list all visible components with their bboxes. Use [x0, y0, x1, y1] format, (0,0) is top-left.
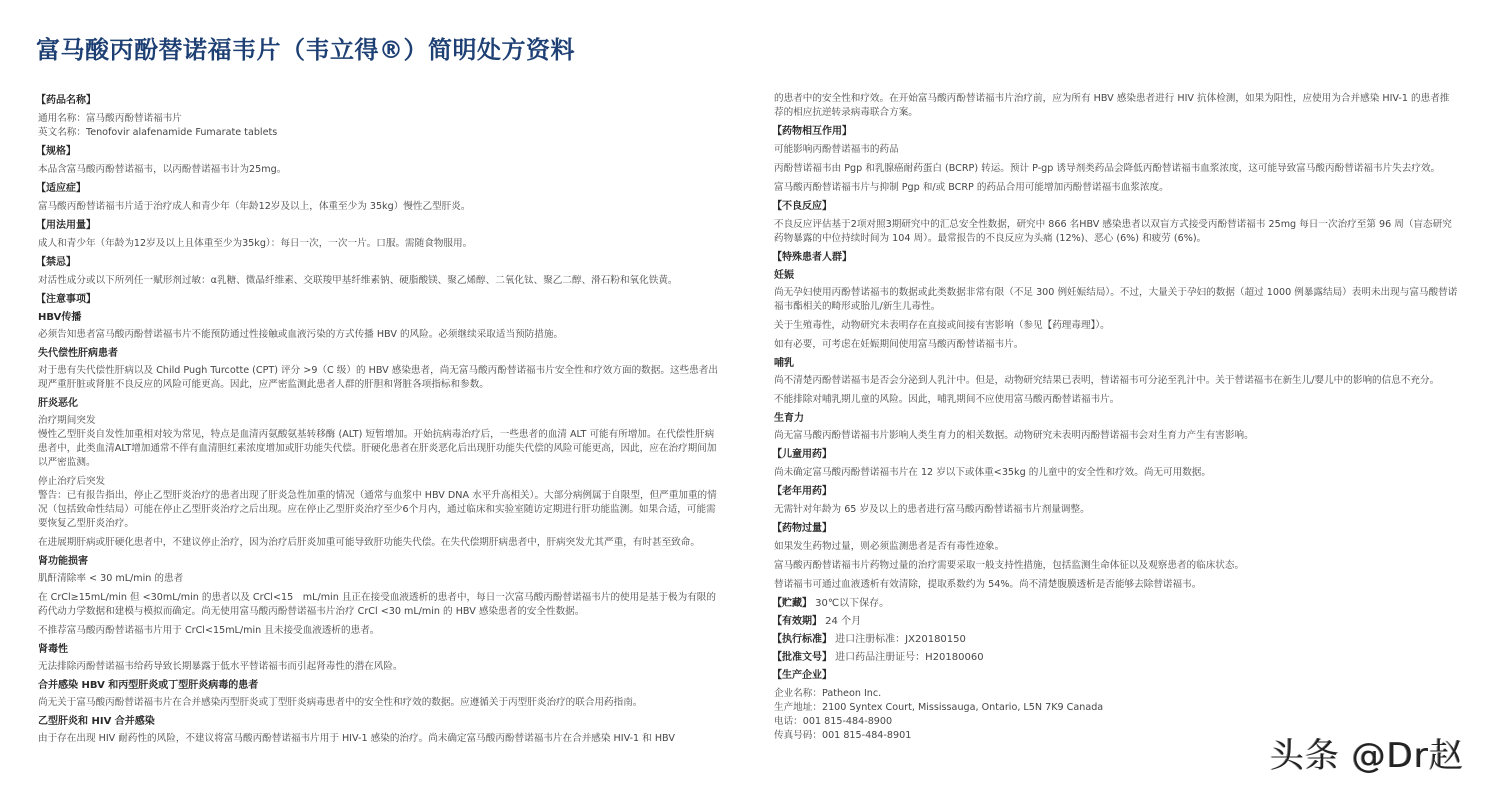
- lactation-text-2: 不能排除对哺乳期儿童的风险。因此，哺乳期间不应使用富马酸丙酚替诺福韦片。: [774, 393, 1458, 407]
- subheading-decompensated: 失代偿性肝病患者: [38, 347, 720, 361]
- subheading-hcv-hdv: 合并感染 HBV 和丙型肝炎或丁型肝炎病毒的患者: [38, 679, 720, 693]
- subheading-lactation: 哺乳: [774, 357, 1458, 371]
- hbv-transmission-text: 必须告知患者富马酸丙酚替诺福韦片不能预防通过性接触或血液污染的方式传播 HBV …: [38, 328, 720, 342]
- renal-sub: 肌酐清除率 < 30 mL/min 的患者: [38, 572, 720, 586]
- section-heading-shelf-life: 【有效期】: [772, 616, 822, 627]
- section-heading-pediatric: 【儿童用药】: [772, 448, 1458, 462]
- flare-during-text: 慢性乙型肝炎自发性加重相对较为常见，特点是血清丙氨酸氨基转移酶 (ALT) 短暂…: [38, 428, 720, 470]
- pregnancy-text-2: 关于生殖毒性，动物研究未表明存在直接或间接有害影响（参见【药理毒理】）。: [774, 319, 1458, 333]
- renal-text-1: 在 CrCl≥15mL/min 但 <30mL/min 的患者以及 CrCl<1…: [38, 591, 720, 619]
- dosage-text: 成人和青少年（年龄为12岁及以上且体重至少为35kg）：每日一次，一次一片。口服…: [38, 237, 720, 251]
- overdose-text-2: 富马酸丙酚替诺福韦片药物过量的治疗需要采取一般支持性措施，包括监测生命体征以及观…: [774, 559, 1458, 573]
- pregnancy-text-1: 尚无孕妇使用丙酚替诺福韦的数据或此类数据非常有限（不足 300 例妊娠结局）。不…: [774, 286, 1458, 314]
- lactation-text-1: 尚不清楚丙酚替诺福韦是否会分泌到人乳汁中。但是，动物研究结果已表明，替诺福韦可分…: [774, 374, 1458, 388]
- flare-during-title: 治疗期间突发: [38, 414, 720, 428]
- shelf-life-row: 【有效期】 24 个月: [772, 615, 1458, 629]
- interactions-text-1: 丙酚替诺福韦由 Pgp 和乳腺癌耐药蛋白 (BCRP) 转运。预计 P-gp 诱…: [774, 162, 1458, 176]
- right-column: 的患者中的安全性和疗效。在开始富马酸丙酚替诺福韦片治疗前，应为所有 HBV 感染…: [772, 92, 1458, 743]
- section-heading-dosage: 【用法用量】: [36, 219, 720, 233]
- interactions-sub: 可能影响丙酚替诺福韦的药品: [774, 143, 1458, 157]
- geriatric-text: 无需针对年龄为 65 岁及以上的患者进行富马酸丙酚替诺福韦片剂量调整。: [774, 503, 1458, 517]
- pregnancy-text-3: 如有必要，可考虑在妊娠期间使用富马酸丙酚替诺福韦片。: [774, 338, 1458, 352]
- section-heading-overdose: 【药物过量】: [772, 522, 1458, 536]
- section-heading-interactions: 【药物相互作用】: [772, 125, 1458, 139]
- flare-after-title: 停止治疗后突发: [38, 475, 720, 489]
- interactions-text-2: 富马酸丙酚替诺福韦片与抑制 Pgp 和/或 BCRP 的药品合用可能增加丙酚替诺…: [774, 181, 1458, 195]
- hcv-hdv-text: 尚无关于富马酸丙酚替诺福韦片在合并感染丙型肝炎或丁型肝炎病毒患者中的安全性和疗效…: [38, 696, 720, 710]
- section-heading-storage: 【贮藏】: [772, 598, 812, 609]
- document-title: 富马酸丙酚替诺福韦片（韦立得®）简明处方资料: [36, 30, 575, 65]
- section-heading-indication: 【适应症】: [36, 182, 720, 196]
- hiv-text: 由于存在出现 HIV 耐药性的风险，不建议将富马酸丙酚替诺福韦片用于 HIV-1…: [38, 732, 720, 746]
- storage-row: 【贮藏】 30℃以下保存。: [772, 597, 1458, 611]
- standard-row: 【执行标准】 进口注册标准：JX20180150: [772, 633, 1458, 647]
- contraindication-text: 对活性成分或以下所列任一赋形剂过敏：α乳糖、微晶纤维素、交联羧甲基纤维素钠、硬脂…: [38, 274, 720, 288]
- pediatric-text: 尚未确定富马酸丙酚替诺福韦片在 12 岁以下或体重<35kg 的儿童中的安全性和…: [774, 466, 1458, 480]
- flare-after-text: 警告：已有报告指出，停止乙型肝炎治疗的患者出现了肝炎急性加重的情况（通常与血浆中…: [38, 489, 720, 531]
- section-heading-contraindication: 【禁忌】: [36, 256, 720, 270]
- renal-text-2: 不推荐富马酸丙酚替诺福韦片用于 CrCl<15mL/min 且未接受血液透析的患…: [38, 624, 720, 638]
- subheading-hiv: 乙型肝炎和 HIV 合并感染: [38, 715, 720, 729]
- left-column: 【药品名称】 通用名称：富马酸丙酚替诺福韦片 英文名称：Tenofovir al…: [36, 90, 720, 751]
- fertility-text: 尚无富马酸丙酚替诺福韦片影响人类生育力的相关数据。动物研究未表明丙酚替诺福韦会对…: [774, 429, 1458, 443]
- section-heading-special: 【特殊患者人群】: [772, 251, 1458, 265]
- section-heading-approval: 【批准文号】: [772, 652, 832, 663]
- manufacturer-address: 生产地址：2100 Syntex Court, Mississauga, Ont…: [774, 701, 1458, 715]
- section-heading-drug-name: 【药品名称】: [36, 94, 720, 108]
- hiv-text-continued: 的患者中的安全性和疗效。在开始富马酸丙酚替诺福韦片治疗前，应为所有 HBV 感染…: [774, 92, 1458, 120]
- flare-advanced-text: 在进展期肝病或肝硬化患者中，不建议停止治疗，因为治疗后肝炎加重可能导致肝功能失代…: [38, 536, 720, 550]
- subheading-hepatitis-flare: 肝炎恶化: [38, 397, 720, 411]
- section-heading-standard: 【执行标准】: [772, 634, 832, 645]
- english-name: 英文名称：Tenofovir alafenamide Fumarate tabl…: [38, 126, 720, 140]
- overdose-text-3: 替诺福韦可通过血液透析有效清除，提取系数约为 54%。尚不清楚腹膜透析是否能够去…: [774, 578, 1458, 592]
- subheading-renal-impairment: 肾功能损害: [38, 555, 720, 569]
- section-heading-manufacturer: 【生产企业】: [772, 669, 1458, 683]
- section-heading-precautions: 【注意事项】: [36, 293, 720, 307]
- adverse-text: 不良反应评估基于2项对照3期研究中的汇总安全性数据，研究中 866 名HBV 感…: [774, 218, 1458, 246]
- watermark: 头条 @Dr赵: [1270, 728, 1464, 777]
- subheading-fertility: 生育力: [774, 412, 1458, 426]
- section-heading-geriatric: 【老年用药】: [772, 485, 1458, 499]
- section-heading-adverse: 【不良反应】: [772, 200, 1458, 214]
- subheading-hbv-transmission: HBV传播: [38, 311, 720, 325]
- storage-value: 30℃以下保存。: [812, 598, 889, 609]
- manufacturer-name: 企业名称：Patheon Inc.: [774, 687, 1458, 701]
- nephrotoxicity-text: 无法排除丙酚替诺福韦给药导致长期暴露于低水平替诺福韦而引起肾毒性的潜在风险。: [38, 660, 720, 674]
- shelf-life-value: 24 个月: [822, 616, 861, 627]
- indication-text: 富马酸丙酚替诺福韦片适于治疗成人和青少年（年龄12岁及以上，体重至少为 35kg…: [38, 200, 720, 214]
- approval-row: 【批准文号】 进口药品注册证号：H20180060: [772, 651, 1458, 665]
- spec-text: 本品含富马酸丙酚替诺福韦，以丙酚替诺福韦计为25mg。: [38, 163, 720, 177]
- overdose-text-1: 如果发生药物过量，则必须监测患者是否有毒性迹象。: [774, 540, 1458, 554]
- generic-name: 通用名称：富马酸丙酚替诺福韦片: [38, 112, 720, 126]
- subheading-pregnancy: 妊娠: [774, 269, 1458, 283]
- manufacturer-phone: 电话：001 815-484-8900: [774, 715, 1458, 729]
- decompensated-text: 对于患有失代偿性肝病以及 Child Pugh Turcotte (CPT) 评…: [38, 364, 720, 392]
- approval-value: 进口药品注册证号：H20180060: [832, 652, 984, 663]
- subheading-nephrotoxicity: 肾毒性: [38, 643, 720, 657]
- standard-value: 进口注册标准：JX20180150: [832, 634, 966, 645]
- section-heading-spec: 【规格】: [36, 145, 720, 159]
